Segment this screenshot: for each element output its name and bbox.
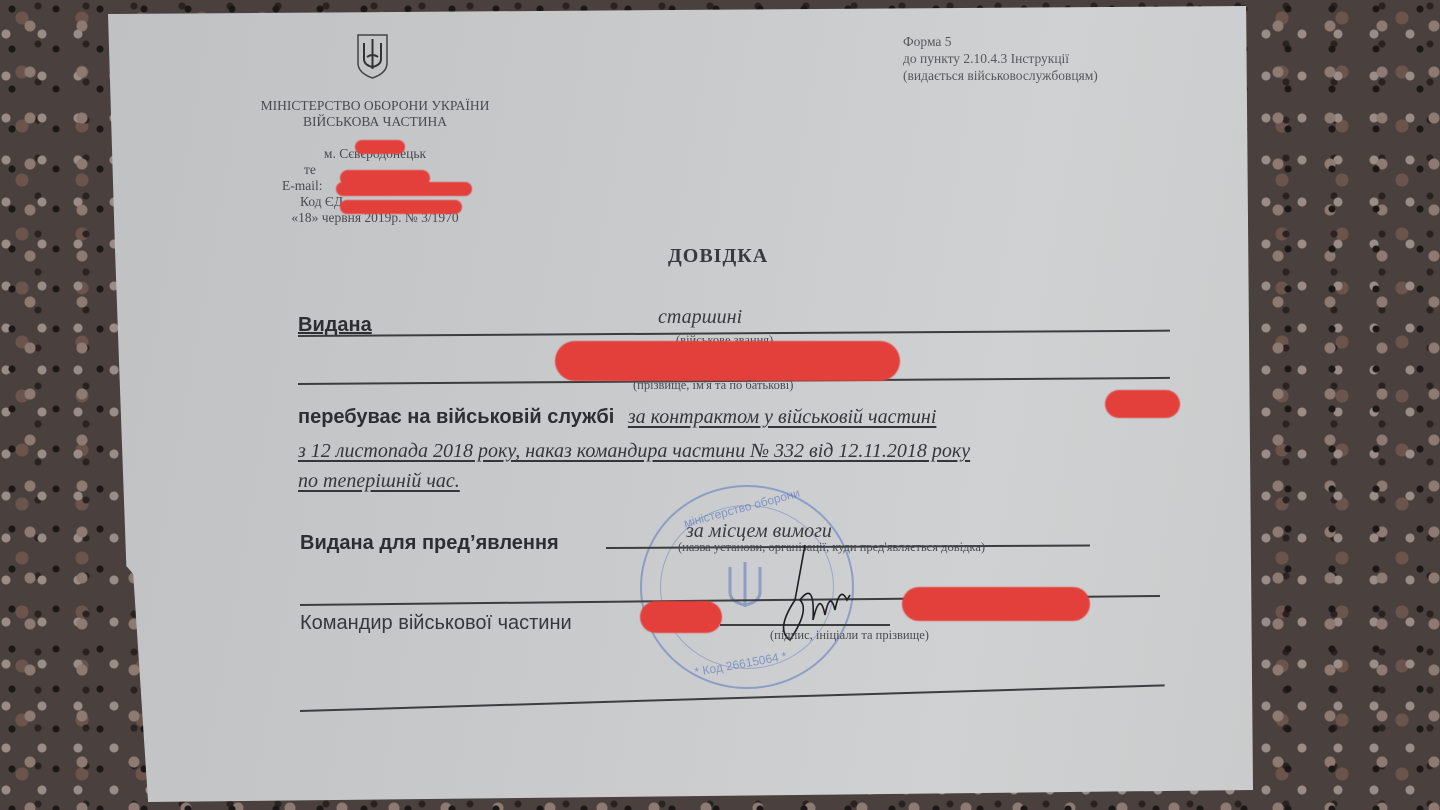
form-audience: (видається військовослужбовцям) [903, 67, 1098, 84]
service-order: з 12 листопада 2018 року, наказ командир… [298, 440, 970, 462]
service-line-3: по теперішній час. [298, 470, 460, 493]
service-label: перебуває на військовій службі [298, 406, 614, 428]
redaction-email [336, 182, 472, 196]
form-note: Форма 5 до пункту 2.10.4.3 Інструкції (в… [903, 33, 1098, 84]
redaction-unit [1105, 390, 1180, 418]
stamp-trident-icon [720, 557, 770, 617]
service-line-1: перебуває на військовій службі за контра… [298, 406, 936, 429]
service-contract: за контрактом у військовій частині [628, 406, 937, 428]
signature-hint: (підпис, ініціали та прізвище) [770, 628, 929, 643]
form-reference: до пункту 2.10.4.3 Інструкції [903, 50, 1098, 67]
trident-coat-of-arms-icon [356, 33, 389, 79]
presentation-label: Видана для пред’явлення [300, 532, 559, 555]
service-line-2: з 12 листопада 2018 року, наказ командир… [298, 440, 970, 463]
service-period: по теперішній час. [298, 470, 460, 492]
name-hint: (прізвище, ім'я та по батькові) [633, 378, 793, 393]
form-number: Форма 5 [903, 33, 1098, 50]
ministry-name: МІНІСТЕРСТВО ОБОРОНИ УКРАЇНИ [240, 98, 510, 114]
unit-label: ВІЙСЬКОВА ЧАСТИНА [240, 114, 510, 130]
redaction-full-name [555, 341, 900, 381]
redaction-unit-number [355, 140, 405, 154]
document-title: ДОВІДКА [668, 245, 768, 268]
redaction-commander-name [902, 587, 1090, 621]
redaction-unit-commander [640, 601, 722, 633]
redaction-code [340, 200, 462, 214]
commander-label: Командир військової частини [300, 612, 572, 635]
rank-value: старшині [658, 306, 742, 329]
issued-to-label: Видана [298, 314, 372, 337]
